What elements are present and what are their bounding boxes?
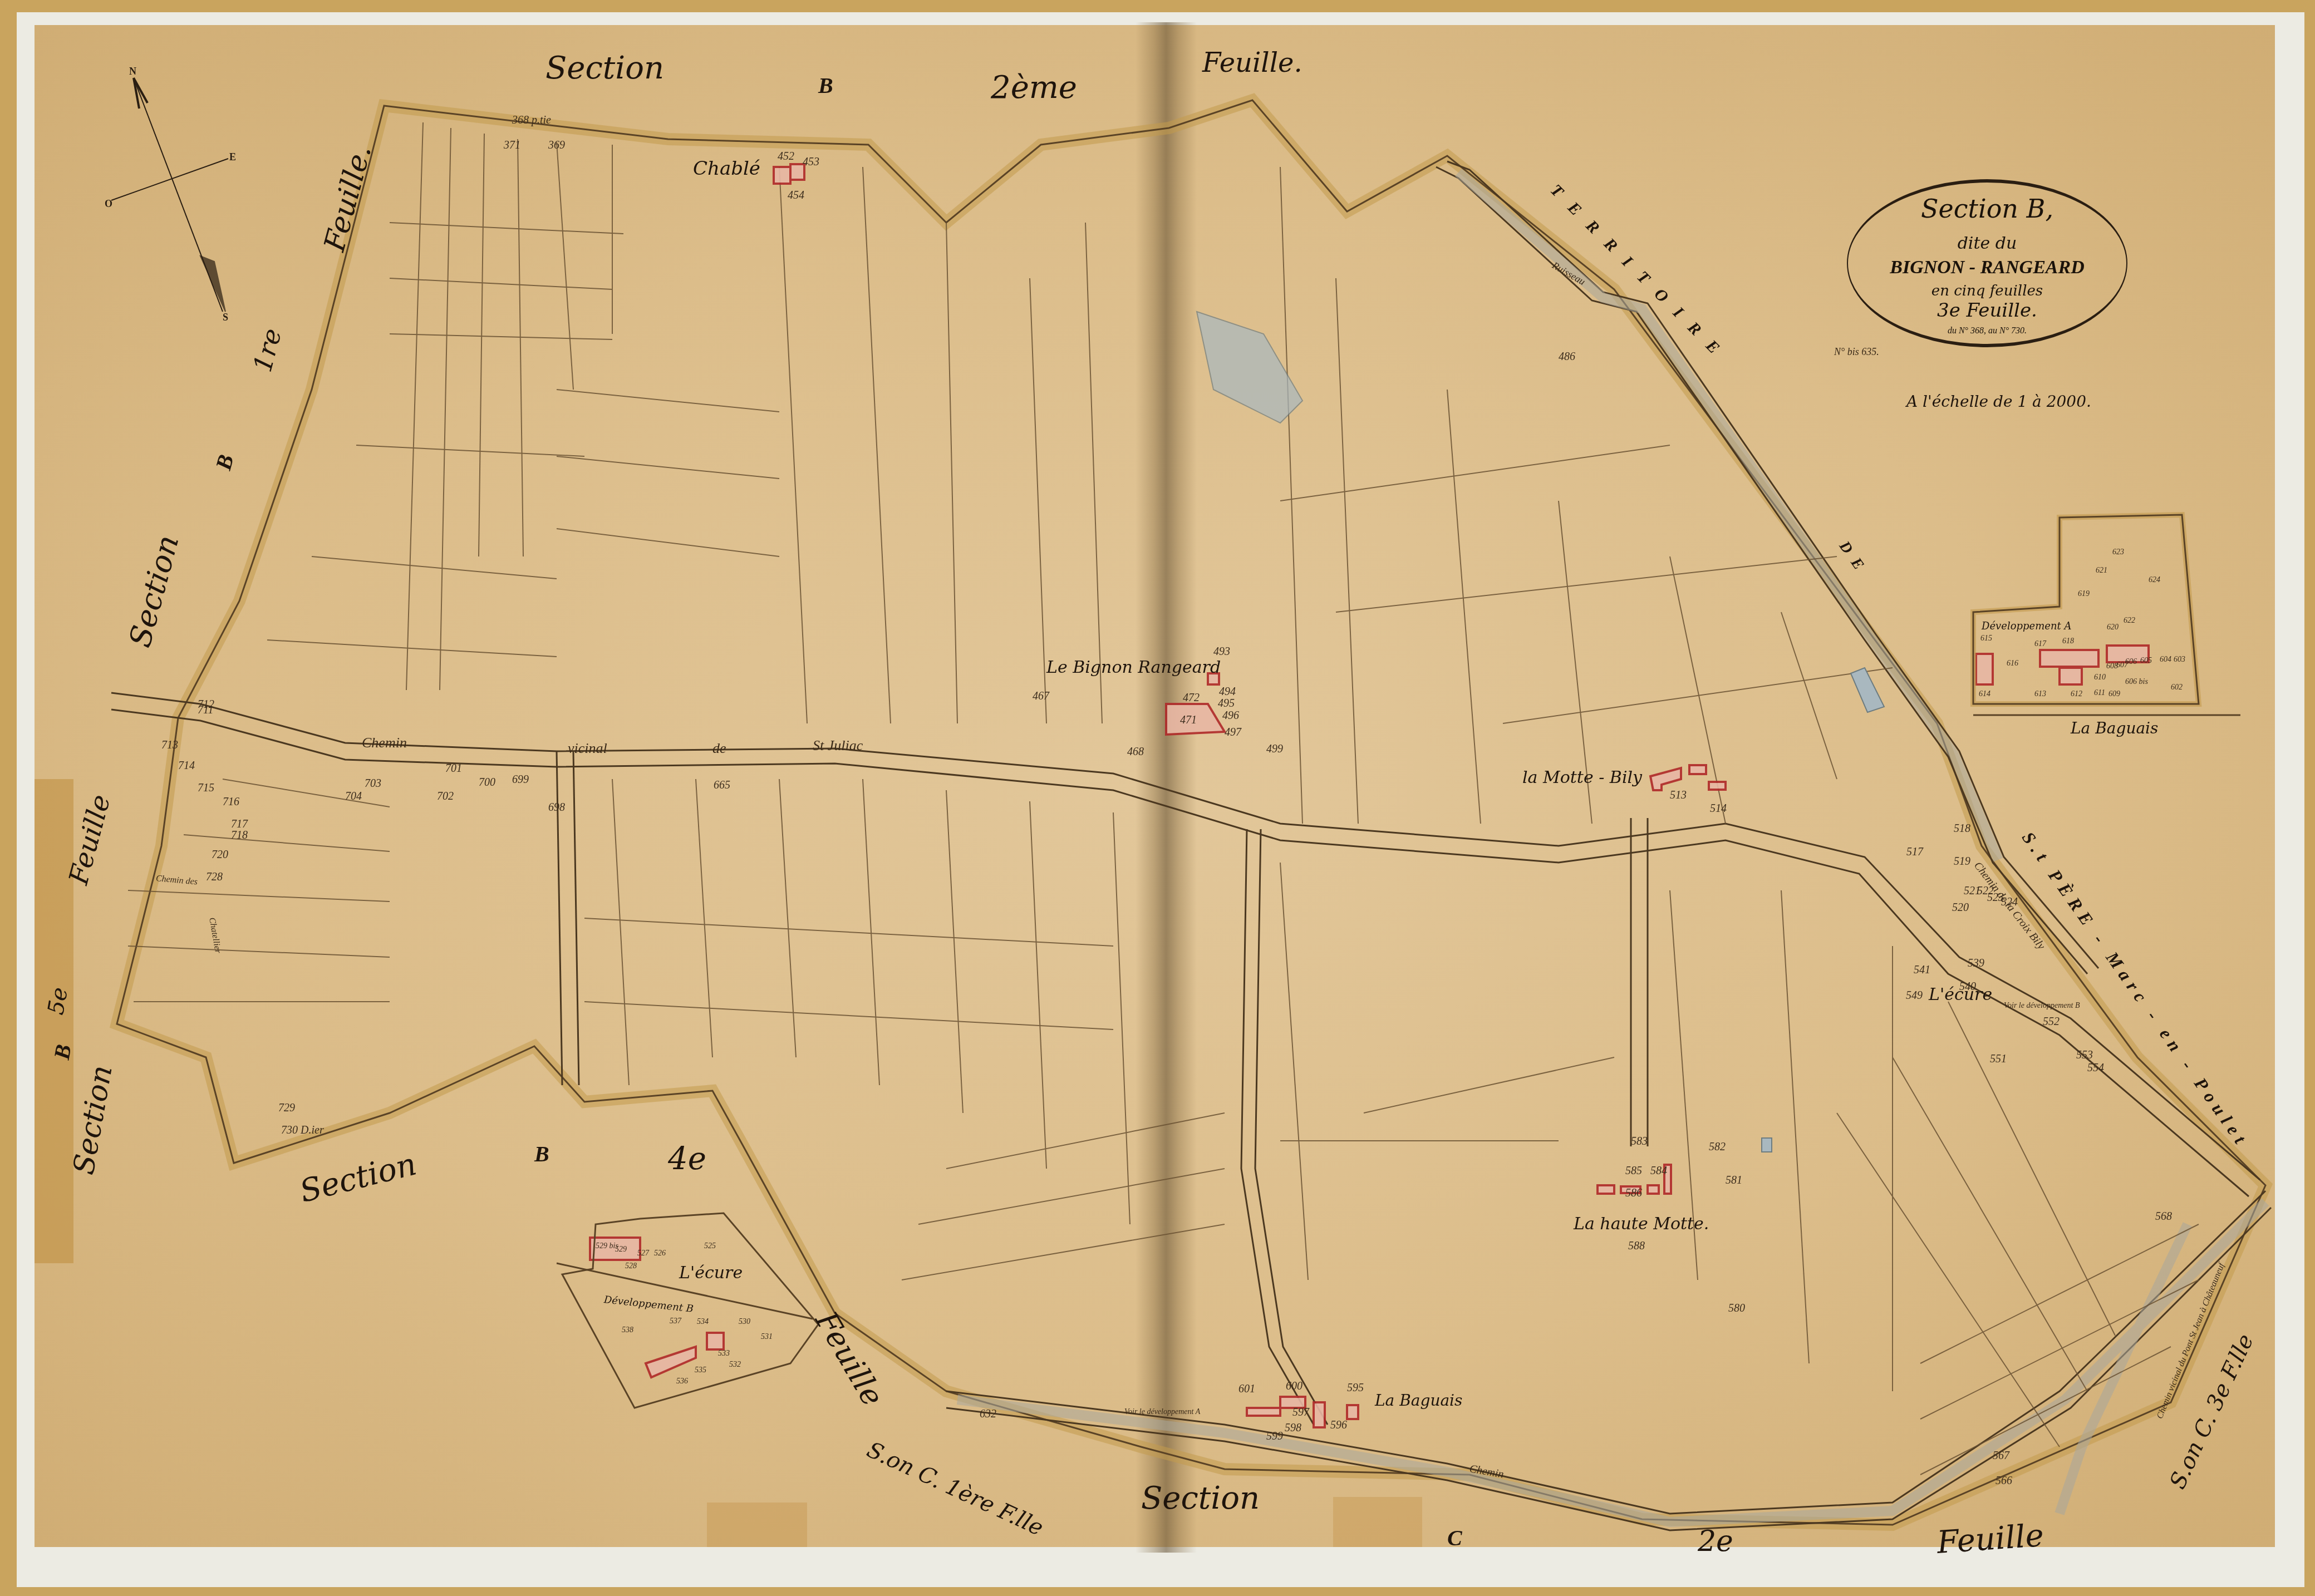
- parcel-number: 582: [1709, 1141, 1726, 1154]
- inset-a-parcel: 614: [1979, 690, 1990, 699]
- parcel-number: 539: [1968, 957, 1984, 970]
- parcel-number: 520: [1952, 902, 1969, 914]
- parcel-number: 703: [365, 777, 381, 790]
- cartouche-name: BIGNON - RANGEARD: [1848, 257, 2126, 278]
- parcel-number: 541: [1914, 964, 1930, 977]
- inset-b-parcel: 530: [739, 1318, 750, 1327]
- parcel-number: 714: [178, 760, 195, 772]
- parcel-number: 524: [2001, 896, 2018, 909]
- inset-b-parcel: 536: [676, 1377, 688, 1386]
- cartouche-section-title: Section B,: [1848, 194, 2126, 224]
- parcel-number: 712: [198, 698, 214, 711]
- parcel-number: 567: [1993, 1450, 2009, 1462]
- inset-b-parcel: 535: [695, 1366, 706, 1375]
- parcel-number: 665: [714, 779, 730, 792]
- parcel-number: 368 p.tie: [512, 114, 551, 127]
- inset-a-parcel: 619: [2078, 590, 2090, 599]
- inset-b-parcel: 526: [654, 1249, 666, 1258]
- parcel-number: 566: [1995, 1475, 2012, 1487]
- inset-b-parcel: 531: [761, 1333, 773, 1342]
- inset-b-parcel: 532: [729, 1361, 741, 1370]
- parcel-number: 369: [548, 139, 565, 152]
- parcel-number: 552: [2043, 1016, 2060, 1028]
- border-label-bottom-left-sheet: 4e: [668, 1141, 706, 1177]
- inset-b-parcel: 533: [718, 1349, 730, 1358]
- parcel-number: 599: [1266, 1430, 1283, 1443]
- parcel-number: 518: [1954, 822, 1970, 835]
- cartouche-sheet-number: 3e Feuille.: [1848, 299, 2126, 322]
- parcel-number: 581: [1726, 1174, 1742, 1187]
- parcel-number: 519: [1954, 855, 1970, 868]
- inset-b-parcel: 525: [704, 1242, 716, 1251]
- inset-b-parcel: 528: [625, 1262, 637, 1271]
- parcel-number: 471: [1180, 714, 1197, 727]
- inset-a-parcel: 624: [2149, 576, 2160, 585]
- parcel-number: 495: [1218, 697, 1235, 710]
- parcel-number: 700: [479, 776, 495, 789]
- place-la-baguais-inset: La Baguais: [2071, 719, 2158, 737]
- parcel-number: 493: [1213, 646, 1230, 658]
- parcel-number: 596: [1330, 1419, 1347, 1432]
- inset-a-parcel: 617: [2034, 640, 2046, 649]
- parcel-number: 716: [223, 796, 239, 809]
- compass-south-label: S: [223, 312, 228, 323]
- parcel-number: 713: [161, 739, 178, 752]
- parcel-number: 513: [1670, 789, 1687, 802]
- parcel-number: 704: [345, 790, 362, 803]
- border-label-bottom-left-letter: B: [534, 1141, 553, 1167]
- map-scale: A l'échelle de 1 à 2000.: [1906, 392, 2091, 411]
- parcel-number: 540: [1959, 981, 1976, 993]
- parcel-number: 568: [2155, 1210, 2172, 1223]
- parcel-number: 554: [2087, 1062, 2104, 1075]
- inset-b-parcel: 537: [670, 1317, 681, 1326]
- place-chable: Chablé: [693, 157, 760, 180]
- parcel-number: 598: [1285, 1422, 1301, 1435]
- place-la-haute-motte: La haute Motte.: [1574, 1214, 1709, 1234]
- border-label-top-sheet: 2ème: [991, 70, 1077, 106]
- parcel-number: 583: [1631, 1135, 1648, 1148]
- place-la-motte-bily: la Motte - Bily: [1522, 768, 1642, 787]
- parcel-number: 699: [512, 774, 529, 786]
- inset-a-parcel: 605: [2140, 657, 2152, 666]
- see-development-b-note: Voir le développement B: [2004, 1002, 2080, 1011]
- parcel-number: 549: [1906, 989, 1923, 1002]
- inset-a-parcel: 602: [2171, 683, 2183, 692]
- parcel-number: 584: [1650, 1165, 1667, 1178]
- parcel-number: 588: [1628, 1240, 1645, 1253]
- parcel-number: 553: [2076, 1049, 2093, 1062]
- border-label-top-section: Section: [545, 50, 664, 86]
- border-label-bottom-sheet: 2e: [1698, 1525, 1733, 1558]
- parcel-number: 467: [1033, 690, 1049, 703]
- compass-east-label: E: [229, 151, 236, 163]
- compass-west-label: O: [105, 198, 112, 210]
- border-label-bottom-section: Section: [1141, 1480, 1260, 1516]
- road-vicinal: vicinal: [568, 740, 607, 757]
- parcel-number: 452: [778, 150, 794, 163]
- inset-b-parcel: 538: [622, 1326, 633, 1335]
- compass-north-label: N: [129, 66, 136, 77]
- parcel-number: 728: [206, 871, 223, 884]
- road-de: de: [712, 740, 726, 757]
- inset-a-parcel: 603: [2174, 656, 2185, 664]
- parcel-number: 514: [1710, 802, 1727, 815]
- inset-a-parcel: 610: [2094, 673, 2106, 682]
- parcel-number: 701: [445, 762, 462, 775]
- parcel-number: 730 D.ier: [281, 1124, 324, 1137]
- parcel-number: 468: [1127, 746, 1144, 758]
- border-label-top-feuille: Feuille.: [1202, 47, 1303, 78]
- cartouche-bis-number: N° bis 635.: [1834, 346, 1879, 358]
- parcel-number: 486: [1559, 351, 1575, 363]
- inset-a-parcel: 612: [2071, 690, 2082, 699]
- parcel-number: 698: [548, 801, 565, 814]
- see-development-a-note: Voir le développement A: [1124, 1408, 1200, 1417]
- inset-a-parcel: 611: [2094, 689, 2105, 698]
- border-label-bottom-letter: C: [1447, 1525, 1466, 1551]
- inset-a-parcel: 609: [2108, 690, 2120, 699]
- road-chemin: Chemin: [362, 735, 407, 751]
- inset-dev-a-label: Développement A: [1982, 620, 2071, 632]
- inset-a-parcel: 620: [2107, 623, 2119, 632]
- parcel-number: 632: [980, 1408, 996, 1421]
- cartouche-sheet-count: en cinq feuilles: [1848, 283, 2126, 299]
- parcel-number: 580: [1728, 1302, 1745, 1315]
- inset-b-parcel: 527: [637, 1249, 649, 1258]
- parcel-number: 600: [1286, 1380, 1303, 1393]
- title-cartouche: Section B, dite du BIGNON - RANGEARD en …: [1847, 179, 2127, 347]
- parcel-number: 453: [803, 156, 819, 169]
- inset-a-parcel: 607: [2116, 661, 2128, 670]
- parcel-number: 729: [278, 1102, 295, 1115]
- inset-a-parcel: 606 bis: [2125, 678, 2148, 687]
- cartouche-subtitle: dite du: [1848, 234, 2126, 253]
- place-lecure-inset: L'écure: [679, 1263, 743, 1283]
- inset-a-parcel: 613: [2034, 690, 2046, 699]
- parcel-number: 472: [1183, 692, 1200, 705]
- parcel-number: 496: [1222, 710, 1239, 722]
- parcel-number: 718: [231, 829, 248, 842]
- road-st-juliac: St Juliac: [813, 737, 863, 754]
- parcel-number: 454: [788, 189, 804, 202]
- parcel-number: 494: [1219, 686, 1236, 698]
- inset-a-parcel: 616: [2007, 659, 2018, 668]
- border-label-bottom-feuille: Feuille: [1936, 1518, 2045, 1561]
- parcel-number: 601: [1238, 1383, 1255, 1396]
- parcel-number: 585: [1625, 1165, 1642, 1178]
- inset-b-parcel: 534: [697, 1318, 709, 1327]
- inset-a-parcel: 604: [2160, 656, 2171, 664]
- cartouche-parcel-range: du N° 368, au N° 730.: [1848, 326, 2126, 336]
- place-la-baguais: La Baguais: [1375, 1391, 1462, 1410]
- border-label-top-letter: B: [818, 72, 837, 98]
- parcel-number: 499: [1266, 743, 1283, 756]
- inset-a-parcel: 622: [2124, 617, 2135, 625]
- parcel-number: 497: [1225, 726, 1241, 739]
- inset-b-parcel: 529 bis: [596, 1242, 618, 1251]
- inset-a-parcel: 621: [2096, 567, 2107, 575]
- parcel-number: 517: [1906, 846, 1923, 859]
- parcel-number: 597: [1292, 1406, 1309, 1419]
- parcel-number: 551: [1990, 1053, 2007, 1066]
- border-label-left-lower-sheet: 5e: [43, 986, 73, 1017]
- parcel-number: 720: [212, 849, 228, 861]
- parcel-number: 595: [1347, 1382, 1364, 1395]
- parcel-number: 715: [198, 782, 214, 795]
- inset-a-parcel: 623: [2112, 548, 2124, 557]
- parcel-number: 702: [437, 790, 454, 803]
- parcel-number: 586: [1625, 1187, 1642, 1200]
- inset-a-parcel: 608: [2106, 662, 2118, 671]
- place-le-bignon-rangeard: Le Bignon Rangeard: [1046, 658, 1221, 677]
- inset-a-parcel: 618: [2062, 637, 2074, 646]
- inset-a-parcel: 615: [1980, 634, 1992, 643]
- parcel-number: 371: [504, 139, 520, 152]
